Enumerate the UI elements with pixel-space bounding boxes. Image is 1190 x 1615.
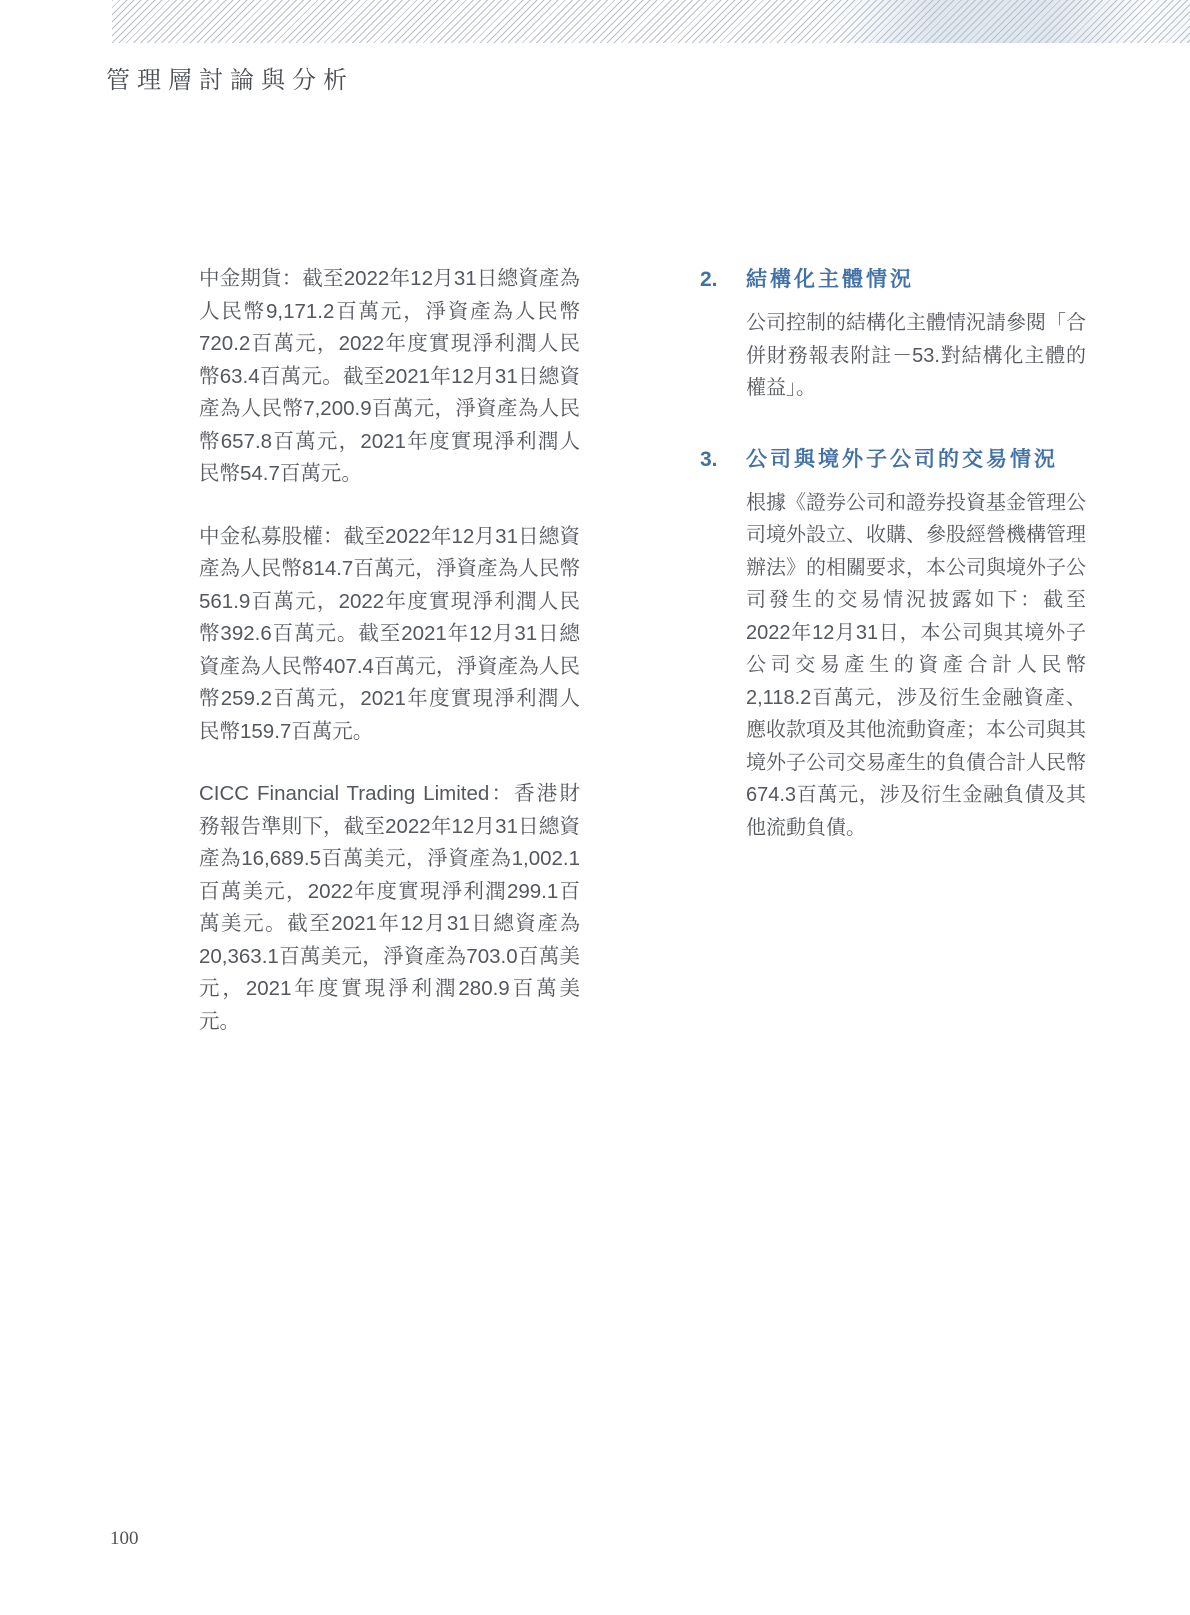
- section-heading: 2. 結構化主體情況: [700, 263, 1086, 293]
- paragraph-cicc-futures: 中金期貨：截至2022年12月31日總資產為人民幣9,171.2百萬元，淨資產為…: [199, 263, 580, 491]
- section-heading: 3. 公司與境外子公司的交易情況: [700, 443, 1086, 473]
- hatched-banner: [112, 0, 1190, 43]
- section-overseas-subsidiary-transactions: 3. 公司與境外子公司的交易情況 根據《證券公司和證券投資基金管理公司境外設立、…: [700, 443, 1086, 845]
- section-body: 公司控制的結構化主體情況請參閱「合併財務報表附註－53.對結構化主體的權益」。: [746, 307, 1086, 405]
- section-structured-entities: 2. 結構化主體情況 公司控制的結構化主體情況請參閱「合併財務報表附註－53.對…: [700, 263, 1086, 405]
- left-column: 中金期貨：截至2022年12月31日總資產為人民幣9,171.2百萬元，淨資產為…: [199, 263, 580, 1068]
- section-body: 根據《證券公司和證券投資基金管理公司境外設立、收購、參股經營機構管理辦法》的相關…: [746, 487, 1086, 845]
- section-number: 2.: [700, 268, 746, 292]
- page-title: 管理層討論與分析: [106, 60, 354, 95]
- page-number: 100: [110, 1528, 139, 1550]
- paragraph-cicc-private-equity: 中金私募股權：截至2022年12月31日總資產為人民幣814.7百萬元，淨資產為…: [199, 521, 580, 749]
- right-column: 2. 結構化主體情況 公司控制的結構化主體情況請參閱「合併財務報表附註－53.對…: [700, 263, 1086, 882]
- section-number: 3.: [700, 448, 746, 472]
- paragraph-cicc-financial-trading: CICC Financial Trading Limited：香港財務報告準則下…: [199, 778, 580, 1038]
- section-title: 結構化主體情況: [746, 263, 914, 293]
- section-title: 公司與境外子公司的交易情況: [746, 443, 1058, 473]
- report-page: 管理層討論與分析 中金期貨：截至2022年12月31日總資產為人民幣9,171.…: [0, 0, 1190, 1615]
